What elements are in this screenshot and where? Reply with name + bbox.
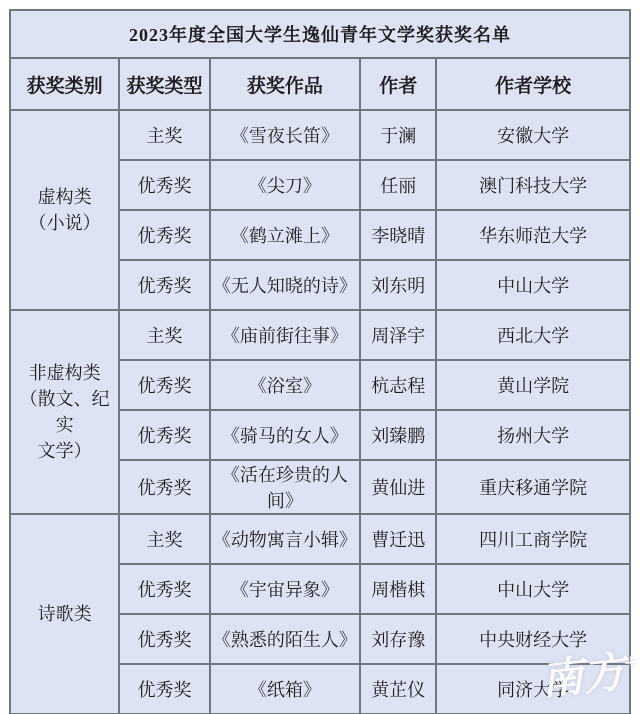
header-category: 获奖类别 bbox=[10, 58, 119, 110]
award-type-cell: 优秀奖 bbox=[119, 160, 209, 210]
work-cell: 《熟悉的陌生人》 bbox=[210, 614, 360, 664]
award-type-cell: 优秀奖 bbox=[119, 410, 209, 460]
author-cell: 周楷棋 bbox=[360, 564, 436, 614]
school-cell: 中央财经大学 bbox=[436, 614, 630, 664]
author-cell: 李晓晴 bbox=[360, 210, 436, 260]
header-author: 作者 bbox=[360, 58, 436, 110]
table-title: 2023年度全国大学生逸仙青年文学奖获奖名单 bbox=[10, 10, 630, 58]
author-cell: 刘东明 bbox=[360, 260, 436, 310]
category-cell-poetry: 诗歌类 bbox=[10, 514, 119, 714]
award-type-cell: 主奖 bbox=[119, 514, 209, 564]
school-cell: 同济大学 bbox=[436, 664, 630, 714]
category-cell-fiction: 虚构类 （小说） bbox=[10, 110, 119, 310]
school-cell: 西北大学 bbox=[436, 310, 630, 360]
work-cell: 《纸箱》 bbox=[210, 664, 360, 714]
work-cell: 《骑马的女人》 bbox=[210, 410, 360, 460]
table-row: 诗歌类 主奖 《动物寓言小辑》 曹迁迅 四川工商学院 bbox=[10, 514, 630, 564]
award-type-cell: 主奖 bbox=[119, 110, 209, 160]
author-cell: 刘臻鹏 bbox=[360, 410, 436, 460]
work-cell: 《无人知晓的诗》 bbox=[210, 260, 360, 310]
award-type-cell: 优秀奖 bbox=[119, 664, 209, 714]
work-cell: 《庙前街往事》 bbox=[210, 310, 360, 360]
school-cell: 澳门科技大学 bbox=[436, 160, 630, 210]
school-cell: 中山大学 bbox=[436, 564, 630, 614]
work-cell: 《动物寓言小辑》 bbox=[210, 514, 360, 564]
work-cell: 《尖刀》 bbox=[210, 160, 360, 210]
award-table: 2023年度全国大学生逸仙青年文学奖获奖名单 获奖类别 获奖类型 获奖作品 作者… bbox=[9, 9, 631, 714]
school-cell: 中山大学 bbox=[436, 260, 630, 310]
author-cell: 刘存豫 bbox=[360, 614, 436, 664]
author-cell: 于澜 bbox=[360, 110, 436, 160]
header-work: 获奖作品 bbox=[210, 58, 360, 110]
work-cell: 《浴室》 bbox=[210, 360, 360, 410]
author-cell: 黄仙进 bbox=[360, 460, 436, 514]
work-cell: 《鹤立滩上》 bbox=[210, 210, 360, 260]
award-type-cell: 优秀奖 bbox=[119, 614, 209, 664]
page-background: 2023年度全国大学生逸仙青年文学奖获奖名单 获奖类别 获奖类型 获奖作品 作者… bbox=[0, 0, 640, 714]
author-cell: 周泽宇 bbox=[360, 310, 436, 360]
author-cell: 杭志程 bbox=[360, 360, 436, 410]
school-cell: 扬州大学 bbox=[436, 410, 630, 460]
category-cell-nonfiction: 非虚构类 （散文、纪实 文学） bbox=[10, 310, 119, 514]
school-cell: 重庆移通学院 bbox=[436, 460, 630, 514]
award-type-cell: 优秀奖 bbox=[119, 360, 209, 410]
award-type-cell: 优秀奖 bbox=[119, 260, 209, 310]
award-type-cell: 优秀奖 bbox=[119, 210, 209, 260]
award-type-cell: 主奖 bbox=[119, 310, 209, 360]
work-cell: 《雪夜长笛》 bbox=[210, 110, 360, 160]
table-row: 非虚构类 （散文、纪实 文学） 主奖 《庙前街往事》 周泽宇 西北大学 bbox=[10, 310, 630, 360]
header-award-type: 获奖类型 bbox=[119, 58, 209, 110]
work-cell: 《宇宙异象》 bbox=[210, 564, 360, 614]
author-cell: 黄芷仪 bbox=[360, 664, 436, 714]
author-cell: 曹迁迅 bbox=[360, 514, 436, 564]
title-row: 2023年度全国大学生逸仙青年文学奖获奖名单 bbox=[10, 10, 630, 58]
work-cell: 《活在珍贵的人间》 bbox=[210, 460, 360, 514]
school-cell: 安徽大学 bbox=[436, 110, 630, 160]
award-type-cell: 优秀奖 bbox=[119, 460, 209, 514]
school-cell: 华东师范大学 bbox=[436, 210, 630, 260]
header-row: 获奖类别 获奖类型 获奖作品 作者 作者学校 bbox=[10, 58, 630, 110]
school-cell: 黄山学院 bbox=[436, 360, 630, 410]
author-cell: 任丽 bbox=[360, 160, 436, 210]
school-cell: 四川工商学院 bbox=[436, 514, 630, 564]
header-school: 作者学校 bbox=[436, 58, 630, 110]
award-type-cell: 优秀奖 bbox=[119, 564, 209, 614]
table-row: 虚构类 （小说） 主奖 《雪夜长笛》 于澜 安徽大学 bbox=[10, 110, 630, 160]
